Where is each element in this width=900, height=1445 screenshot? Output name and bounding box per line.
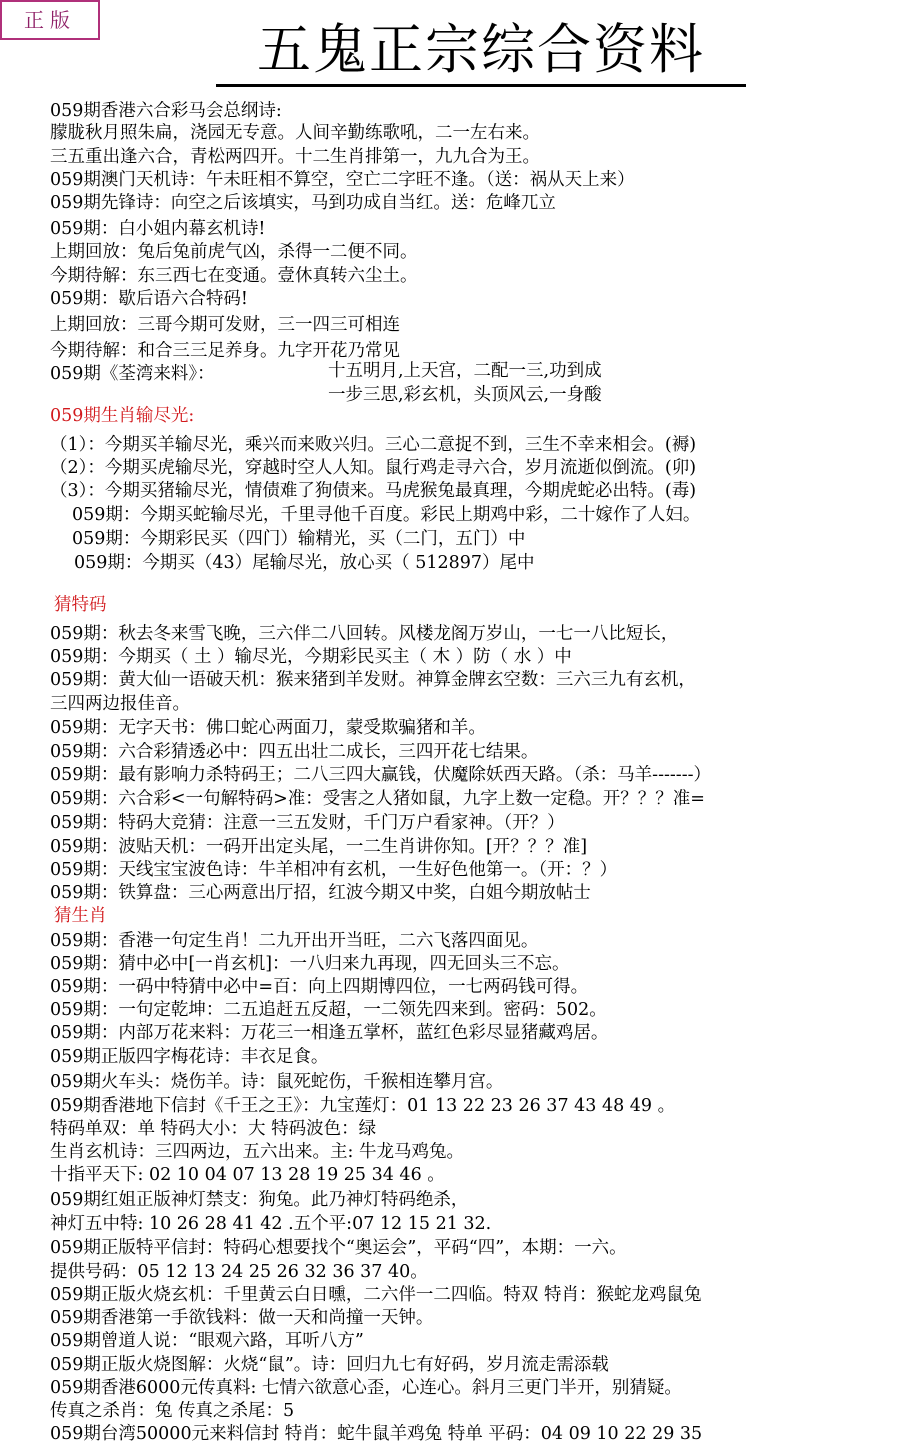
text-line: 059期：最有影响力杀特码王；二八三四大赢钱，伏魔除妖西天路。（杀：马羊----… xyxy=(50,764,711,786)
page-title: 五鬼正宗综合资料 xyxy=(216,18,746,87)
text-line: 059期：香港一句定生肖！二九开出开当旺，二六飞落四面见。 xyxy=(50,930,538,952)
text-line: 059期：波贴天机：一码开出定头尾，一二生肖讲你知。[开？？？准] xyxy=(50,836,587,858)
text-line: （2）：今期买虎输尽光，穿越时空人人知。鼠行鸡走寻六合，岁月流逝似倒流。(卯) xyxy=(50,457,696,479)
text-line: 059期香港第一手欲钱料：做一天和尚撞一天钟。 xyxy=(50,1307,433,1329)
text-line: 提供号码：05 12 13 24 25 26 32 36 37 40。 xyxy=(50,1261,428,1283)
text-line: 059期红姐正版神灯禁支：狗兔。此乃神灯特码绝杀， xyxy=(50,1189,468,1211)
section-heading: 059期生肖输尽光: xyxy=(50,405,194,427)
text-line: 059期先锋诗：向空之后该填实，马到功成自当红。送：危峰兀立 xyxy=(50,192,556,214)
text-line: 059期正版火烧玄机：千里黄云白日曛，二六伴一二四临。特双 特肖：猴蛇龙鸡鼠兔 xyxy=(50,1284,701,1306)
text-line: 生肖玄机诗：三四两边，五六出来。主: 牛龙马鸡兔。 xyxy=(50,1141,464,1163)
text-line: 059期台湾50000元来料信封 特肖：蛇牛鼠羊鸡兔 特单 平码：04 09 1… xyxy=(50,1423,702,1445)
text-line: 059期：白小姐内幕玄机诗! xyxy=(50,218,265,240)
section-heading: 猜生肖 xyxy=(54,905,107,927)
text-line: 059期香港6000元传真料: 七情六欲意心歪，心连心。斜月三更门半开，别猜疑。 xyxy=(50,1377,682,1399)
text-line: （1）：今期买羊输尽光，乘兴而来败兴归。三心二意捉不到，三生不幸来相会。(褥) xyxy=(50,434,696,456)
text-line: 059期：内部万花来料：万花三一相逢五掌杯，蓝红色彩尽显猪藏鸡居。 xyxy=(50,1022,608,1044)
text-line: 059期：一码中特猜中必中=百：向上四期博四位，一七两码钱可得。 xyxy=(50,976,588,998)
quanwan-line: 一步三思,彩玄机，头顶风云,一身酸 xyxy=(328,384,602,406)
text-line: 059期：今期买（43）尾输尽光，放心买（ 512897）尾中 xyxy=(74,552,535,574)
text-line: 上期回放：兔后兔前虎气凶，杀得一二便不同。 xyxy=(50,241,418,263)
text-line: 059期火车头：烧伤羊。诗：鼠死蛇伤，千猴相连攀月宫。 xyxy=(50,1071,503,1093)
text-line: 059期：特码大竞猜：注意一三五发财，千门万户看家神。（开？） xyxy=(50,812,565,834)
text-line: 059期：今期买蛇输尽光，千里寻他千百度。彩民上期鸡中彩，二十嫁作了人妇。 xyxy=(72,504,700,526)
text-line: 059期：铁算盘：三心两意出厅招，红波今期又中奖，白姐今期放帖士 xyxy=(50,882,591,904)
quanwan-line: 十五明月,上天宫，二配一三,功到成 xyxy=(328,360,602,382)
text-line: 059期：一句定乾坤：二五追赶五反超，一二领先四来到。密码：502。 xyxy=(50,999,607,1021)
text-line: 059期正版火烧图解：火烧“鼠”。诗：回归九七有好码，岁月流走需添载 xyxy=(50,1354,609,1376)
text-line: 059期：天线宝宝波色诗：牛羊相冲有玄机，一生好色他第一。（开：？） xyxy=(50,859,617,881)
text-line: 059期：猜中必中[一肖玄机]：一八归来九再现，四无回头三不忘。 xyxy=(50,953,570,975)
text-line: 059期曾道人说：“眼观六路，耳听八方” xyxy=(50,1330,364,1352)
text-line: 059期：今期买（ 土 ）输尽光，今期彩民买主（ 木 ）防（ 水 ）中 xyxy=(50,646,572,668)
text-line: 三五重出逢六合，青松两四开。十二生肖排第一，九九合为王。 xyxy=(50,146,540,168)
text-line: 059期：六合彩<一句解特码>准：受害之人猪如鼠，九字上数一定稳。开？？？准= xyxy=(50,788,705,810)
text-line: 059期：歇后语六合特码! xyxy=(50,288,248,310)
section-heading: 猜特码 xyxy=(54,594,107,616)
text-line: 059期澳门天机诗：午未旺相不算空，空亡二字旺不逢。（送：祸从天上来） xyxy=(50,169,635,191)
genuine-badge: 正版 xyxy=(0,0,100,40)
text-line: 朦胧秋月照朱扁，浇园无专意。人间辛勤练歌吼，二一左右来。 xyxy=(50,122,540,144)
text-line: 三四两边报佳音。 xyxy=(50,693,190,715)
text-line: 059期：无字天书：佛口蛇心两面刀，蒙受欺骗猪和羊。 xyxy=(50,717,486,739)
text-line: 059期：秋去冬来雪飞晚，三六伴二八回转。风楼龙阁万岁山，一七一八比短长， xyxy=(50,623,678,645)
text-line: 今期待解：东三西七在变通。壹休真转六尘土。 xyxy=(50,265,418,287)
text-line: 特码单双：单 特码大小：大 特码波色：绿 xyxy=(50,1118,376,1140)
text-line: 059期香港地下信封《千王之王》：九宝莲灯：01 13 22 23 26 37 … xyxy=(50,1095,675,1117)
text-line: 今期待解：和合三三足养身。九字开花乃常见 xyxy=(50,340,400,362)
text-line: 059期：今期彩民买（四门）输精光，买（二门，五门）中 xyxy=(72,528,525,550)
text-line: （3）：今期买猪输尽光，情债难了狗债来。马虎猴兔最真理，今期虎蛇必出特。(毒) xyxy=(50,480,696,502)
text-line: 059期：黄大仙一语破天机：猴来猪到羊发财。神算金牌玄空数：三六三九有玄机， xyxy=(50,669,696,691)
text-line: 神灯五中特: 10 26 28 41 42 .五个平:07 12 15 21 3… xyxy=(50,1213,491,1235)
text-line: 059期香港六合彩马会总纲诗: xyxy=(50,100,282,122)
text-line: 059期正版特平信封：特码心想要找个“奥运会”，平码“四”，本期：一六。 xyxy=(50,1237,627,1259)
text-line: 上期回放：三哥今期可发财，三一四三可相连 xyxy=(50,314,400,336)
text-line: 059期正版四字梅花诗：丰衣足食。 xyxy=(50,1046,328,1068)
text-line: 十指平天下: 02 10 04 07 13 28 19 25 34 46 。 xyxy=(50,1164,445,1186)
text-line: 059期《荃湾来料》： xyxy=(50,363,215,385)
text-line: 传真之杀肖：兔 传真之杀尾：5 xyxy=(50,1400,294,1422)
text-line: 059期：六合彩猜透必中：四五出壮二成长，三四开花七结果。 xyxy=(50,741,538,763)
